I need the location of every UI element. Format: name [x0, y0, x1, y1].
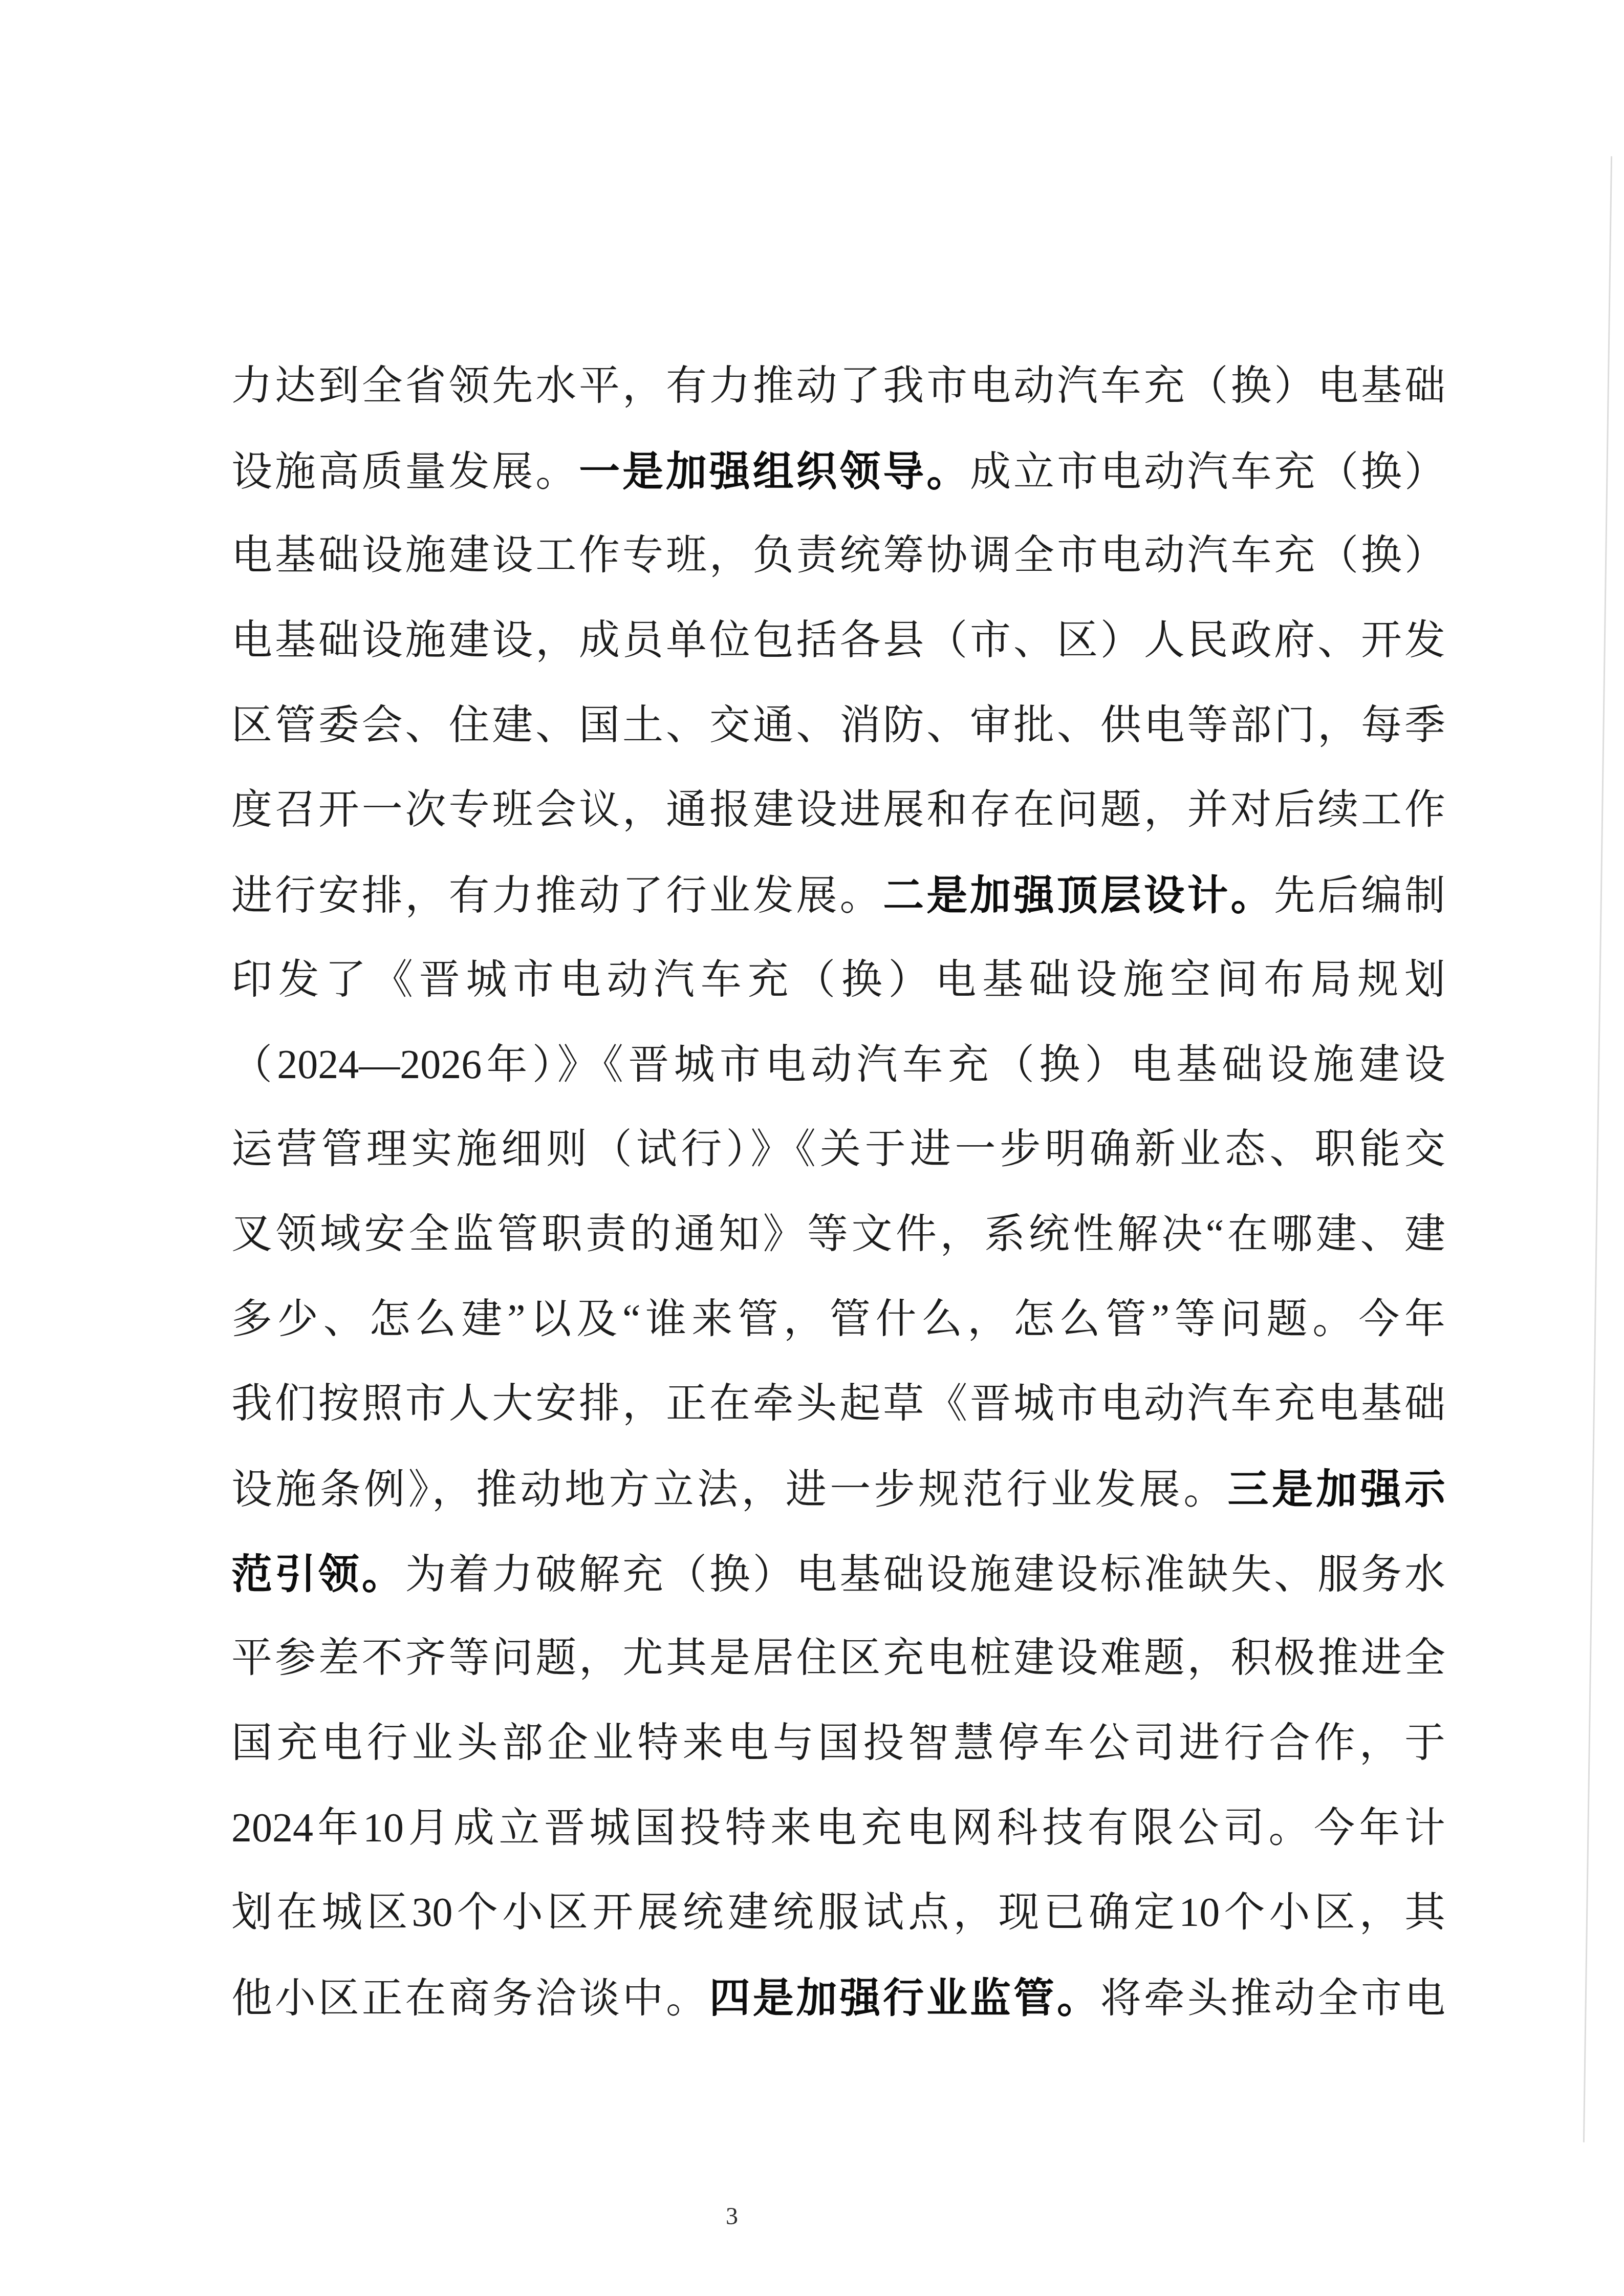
scan-artifact-line [1583, 156, 1612, 2142]
bold-heading-run: 三是加强示 [1228, 1466, 1445, 1512]
document-body: 力达到全省领先水平，有力推动了我市电动汽车充（换）电基础 设施高质量发展。一是加… [231, 344, 1445, 2041]
text-line: 设施高质量发展。一是加强组织领导。成立市电动汽车充（换） [231, 429, 1445, 514]
text-run: 先后编制 [1274, 873, 1445, 918]
text-run: 平参差不齐等问题，尤其是居住区充电桩建设难题，积极推进全 [231, 1636, 1445, 1681]
text-line: 划在城区30个小区开展统建统服试点，现已确定10个小区，其 [231, 1871, 1445, 1956]
bold-heading-run: 四是加强行业监管。 [709, 1975, 1100, 2021]
text-line: 国充电行业头部企业特来电与国投智慧停车公司进行合作，于 [231, 1701, 1445, 1786]
document-page: 力达到全省领先水平，有力推动了我市电动汽车充（换）电基础 设施高质量发展。一是加… [0, 0, 1624, 2296]
text-run: 我们按照市人大安排，正在牵头起草《晋城市电动汽车充电基础 [231, 1381, 1445, 1426]
text-run: 国充电行业头部企业特来电与国投智慧停车公司进行合作，于 [231, 1721, 1445, 1766]
text-run: 叉领域安全监管职责的通知》等文件，系统性解决“在哪建、建 [231, 1212, 1445, 1257]
text-run: 运营管理实施细则（试行）》《关于进一步明确新业态、职能交 [231, 1127, 1445, 1172]
text-line: 平参差不齐等问题，尤其是居住区充电桩建设难题，积极推进全 [231, 1616, 1445, 1701]
text-run: 区管委会、住建、国土、交通、消防、审批、供电等部门，每季 [231, 703, 1445, 748]
text-run: （2024—2026年）》《晋城市电动汽车充（换）电基础设施建设 [231, 1042, 1445, 1087]
bold-heading-run: 一是加强组织领导。 [579, 448, 970, 494]
text-line: 他小区正在商务洽谈中。四是加强行业监管。将牵头推动全市电 [231, 1956, 1445, 2041]
bold-heading-run: 二是加强顶层设计。 [883, 872, 1274, 918]
text-run: 设施高质量发展。 [231, 449, 579, 495]
text-run: 成立市电动汽车充（换） [970, 449, 1445, 495]
text-line: 我们按照市人大安排，正在牵头起草《晋城市电动汽车充电基础 [231, 1362, 1445, 1447]
text-run: 多少、怎么建”以及“谁来管，管什么，怎么管”等问题。今年 [231, 1297, 1445, 1342]
text-line: 设施条例》，推动地方立法，进一步规范行业发展。三是加强示 [231, 1447, 1445, 1532]
page-number: 3 [709, 2201, 755, 2232]
text-line: 多少、怎么建”以及“谁来管，管什么，怎么管”等问题。今年 [231, 1277, 1445, 1362]
text-run: 为着力破解充（换）电基础设施建设标准缺失、服务水 [405, 1552, 1445, 1597]
text-line: 运营管理实施细则（试行）》《关于进一步明确新业态、职能交 [231, 1107, 1445, 1192]
text-run: 力达到全省领先水平，有力推动了我市电动汽车充（换）电基础 [231, 363, 1445, 409]
text-line: 电基础设施建设，成员单位包括各县（市、区）人民政府、开发 [231, 598, 1445, 683]
text-line: 范引领。为着力破解充（换）电基础设施建设标准缺失、服务水 [231, 1532, 1445, 1617]
bold-heading-run: 范引领。 [231, 1551, 405, 1597]
text-line: 2024年10月成立晋城国投特来电充电网科技有限公司。今年计 [231, 1786, 1445, 1871]
text-run: 度召开一次专班会议，通报建设进展和存在问题，并对后续工作 [231, 787, 1445, 832]
text-line: 进行安排，有力推动了行业发展。二是加强顶层设计。先后编制 [231, 853, 1445, 938]
text-line: 电基础设施建设工作专班，负责统筹协调全市电动汽车充（换） [231, 513, 1445, 598]
text-run: 进行安排，有力推动了行业发展。 [231, 873, 883, 918]
text-line: （2024—2026年）》《晋城市电动汽车充（换）电基础设施建设 [231, 1023, 1445, 1108]
text-line: 印发了《晋城市电动汽车充（换）电基础设施空间布局规划 [231, 938, 1445, 1023]
text-run: 电基础设施建设工作专班，负责统筹协调全市电动汽车充（换） [231, 533, 1445, 578]
text-run: 他小区正在商务洽谈中。 [231, 1976, 709, 2021]
text-run: 将牵头推动全市电 [1100, 1976, 1445, 2021]
text-run: 电基础设施建设，成员单位包括各县（市、区）人民政府、开发 [231, 618, 1445, 663]
text-line: 叉领域安全监管职责的通知》等文件，系统性解决“在哪建、建 [231, 1192, 1445, 1277]
text-line: 区管委会、住建、国土、交通、消防、审批、供电等部门，每季 [231, 683, 1445, 768]
text-line: 度召开一次专班会议，通报建设进展和存在问题，并对后续工作 [231, 768, 1445, 853]
text-run: 设施条例》，推动地方立法，进一步规范行业发展。 [231, 1467, 1228, 1512]
text-run: 2024年10月成立晋城国投特来电充电网科技有限公司。今年计 [231, 1806, 1445, 1851]
text-run: 印发了《晋城市电动汽车充（换）电基础设施空间布局规划 [231, 957, 1445, 1002]
text-line: 力达到全省领先水平，有力推动了我市电动汽车充（换）电基础 [231, 344, 1445, 429]
text-run: 划在城区30个小区开展统建统服试点，现已确定10个小区，其 [231, 1890, 1445, 1935]
